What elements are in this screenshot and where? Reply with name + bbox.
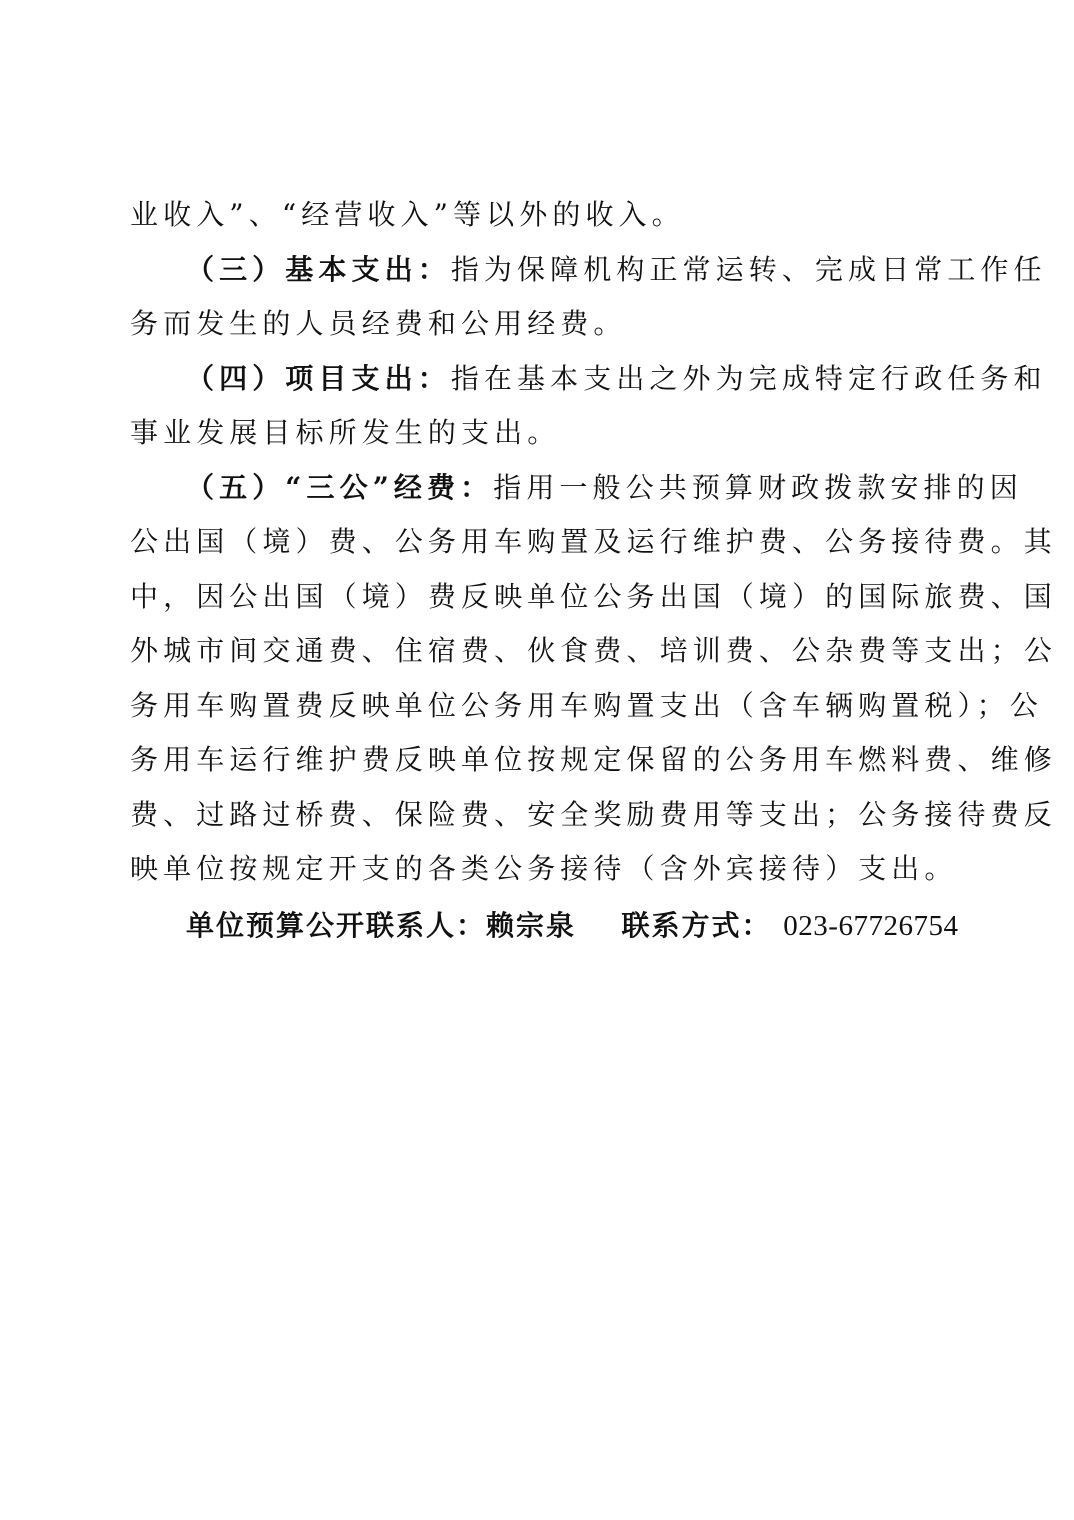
contact-method-label: 联系方式： [622,909,772,942]
section-heading: （五）“三公”经费： [186,471,493,504]
paragraph-line: 务用车购置费反映单位公务用车购置支出（含车辆购置税）；公 [130,679,944,734]
section-three-public-funds: （五）“三公”经费：指用一般公共预算财政拨款安排的因 [130,461,944,516]
paragraph-line: 中，因公出国（境）费反映单位公务出国（境）的国际旅费、国 [130,570,944,625]
contact-line: 单位预算公开联系人：赖宗泉 联系方式： 023-67726754 [130,899,944,954]
document-page: 业收入”、“经营收入”等以外的收入。 （三）基本支出：指为保障机构正常运转、完成… [130,188,944,953]
contact-name: 赖宗泉 [486,909,576,942]
section-heading: （四）项目支出： [186,362,451,395]
paragraph-line: 务而发生的人员经费和公用经费。 [130,297,944,352]
paragraph-line: 映单位按规定开支的各类公务接待（含外宾接待）支出。 [130,842,944,897]
section-project-expenditure: （四）项目支出：指在基本支出之外为完成特定行政任务和 [130,352,944,407]
paragraph-line: 外城市间交通费、住宿费、伙食费、培训费、公杂费等支出；公 [130,624,944,679]
section-heading: （三）基本支出： [186,253,451,286]
paragraph-line: 公出国（境）费、公务用车购置及运行维护费、公务接待费。其 [130,515,944,570]
section-text: 指在基本支出之外为完成特定行政任务和 [451,362,1047,395]
section-basic-expenditure: （三）基本支出：指为保障机构正常运转、完成日常工作任 [130,243,944,298]
section-text: 指用一般公共预算财政拨款安排的因 [493,471,1023,504]
contact-label: 单位预算公开联系人： [186,909,486,942]
section-text: 指为保障机构正常运转、完成日常工作任 [451,253,1047,286]
paragraph-line: 业收入”、“经营收入”等以外的收入。 [130,188,944,243]
paragraph-line: 事业发展目标所发生的支出。 [130,406,944,461]
contact-phone: 023-67726754 [783,910,958,942]
paragraph-line: 务用车运行维护费反映单位按规定保留的公务用车燃料费、维修 [130,733,944,788]
paragraph-line: 费、过路过桥费、保险费、安全奖励费用等支出；公务接待费反 [130,788,944,843]
